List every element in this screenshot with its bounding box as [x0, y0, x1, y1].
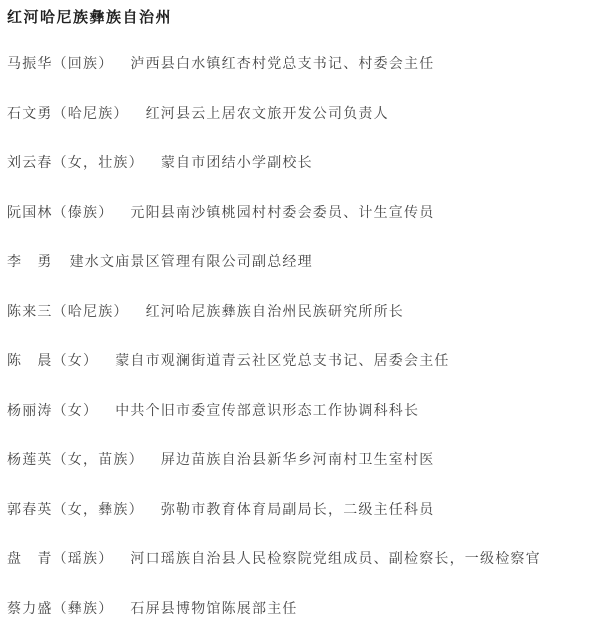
entry-row: 陈来三（哈尼族）红河哈尼族彝族自治州民族研究所所长: [7, 303, 593, 319]
person-name: 刘云春（女，壮族）: [7, 154, 144, 170]
person-position: 河口瑶族自治县人民检察院党组成员、副检察长，一级检察官: [130, 550, 540, 566]
entry-row: 李 勇建水文庙景区管理有限公司副总经理: [7, 253, 593, 269]
person-position: 中共个旧市委宣传部意识形态工作协调科科长: [115, 402, 419, 418]
person-name: 阮国林（傣族）: [7, 204, 113, 220]
entry-row: 马振华（回族）泸西县白水镇红杏村党总支书记、村委会主任: [7, 55, 593, 71]
entry-row: 杨莲英（女，苗族）屏边苗族自治县新华乡河南村卫生室村医: [7, 451, 593, 467]
document-page: 红河哈尼族彝族自治州 马振华（回族）泸西县白水镇红杏村党总支书记、村委会主任 石…: [0, 0, 603, 616]
entry-row: 阮国林（傣族）元阳县南沙镇桃园村村委会委员、计生宣传员: [7, 204, 593, 220]
entry-row: 蔡力盛（彝族）石屏县博物馆陈展部主任: [7, 600, 593, 616]
person-name: 杨丽涛（女）: [7, 402, 98, 418]
person-position: 屏边苗族自治县新华乡河南村卫生室村医: [161, 451, 435, 467]
person-name: 陈来三（哈尼族）: [7, 303, 129, 319]
person-position: 元阳县南沙镇桃园村村委会委员、计生宣传员: [130, 204, 434, 220]
person-position: 红河县云上居农文旅开发公司负责人: [146, 105, 389, 121]
person-name: 马振华（回族）: [7, 55, 113, 71]
person-position: 弥勒市教育体育局副局长，二级主任科员: [161, 501, 435, 517]
person-name: 蔡力盛（彝族）: [7, 600, 113, 616]
person-name: 石文勇（哈尼族）: [7, 105, 129, 121]
person-position: 蒙自市观澜街道青云社区党总支书记、居委会主任: [115, 352, 449, 368]
person-name: 李 勇: [7, 253, 53, 269]
entry-row: 杨丽涛（女）中共个旧市委宣传部意识形态工作协调科科长: [7, 402, 593, 418]
person-name: 陈 晨（女）: [7, 352, 98, 368]
person-name: 郭春英（女，彝族）: [7, 501, 144, 517]
entry-row: 郭春英（女，彝族）弥勒市教育体育局副局长，二级主任科员: [7, 501, 593, 517]
person-position: 石屏县博物馆陈展部主任: [130, 600, 297, 616]
person-position: 泸西县白水镇红杏村党总支书记、村委会主任: [130, 55, 434, 71]
person-position: 蒙自市团结小学副校长: [161, 154, 313, 170]
person-name: 盘 青（瑶族）: [7, 550, 113, 566]
person-name: 杨莲英（女，苗族）: [7, 451, 144, 467]
entry-row: 石文勇（哈尼族）红河县云上居农文旅开发公司负责人: [7, 105, 593, 121]
entry-row: 陈 晨（女）蒙自市观澜街道青云社区党总支书记、居委会主任: [7, 352, 593, 368]
section-title: 红河哈尼族彝族自治州: [7, 9, 593, 26]
entry-row: 盘 青（瑶族）河口瑶族自治县人民检察院党组成员、副检察长，一级检察官: [7, 550, 593, 566]
person-position: 建水文庙景区管理有限公司副总经理: [70, 253, 313, 269]
person-position: 红河哈尼族彝族自治州民族研究所所长: [146, 303, 404, 319]
entry-row: 刘云春（女，壮族）蒙自市团结小学副校长: [7, 154, 593, 170]
